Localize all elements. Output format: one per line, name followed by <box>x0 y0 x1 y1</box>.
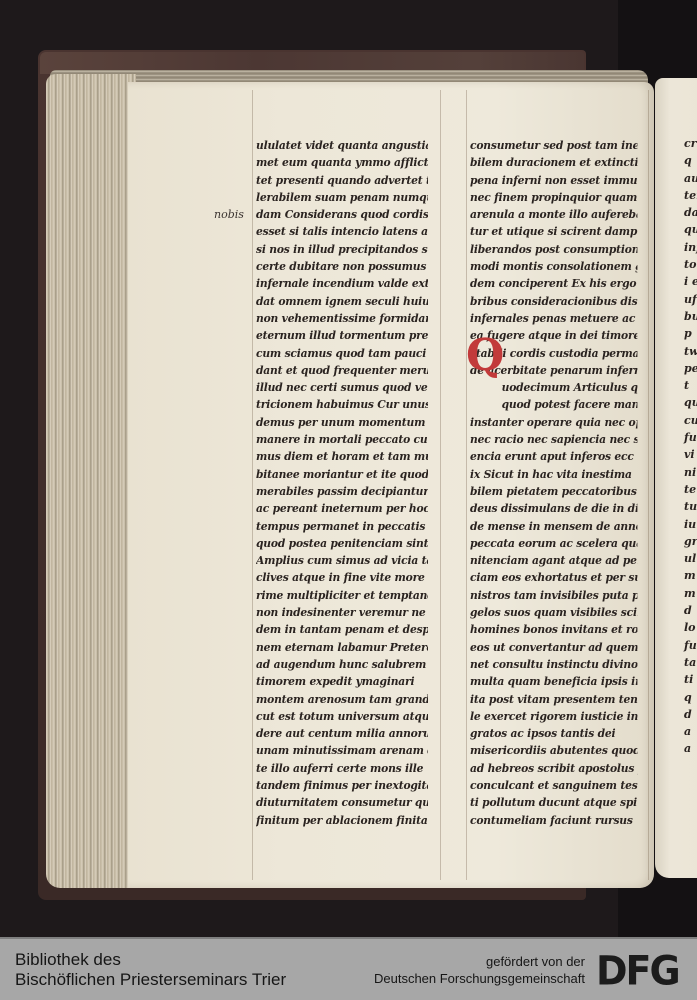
text-line: lerabilem suam penam numquam terminan <box>256 189 428 206</box>
text-line: si nos in illud precipitandos scientes e… <box>256 241 428 258</box>
text-line: nitenciam agant atque ad peniten <box>470 552 637 569</box>
dfg-logo: DFG <box>596 952 679 990</box>
text-line: d <box>684 706 697 723</box>
library-line-1: Bibliothek des <box>15 950 286 970</box>
text-line: nem eternam labamur Preterea <box>256 639 428 656</box>
page-stack-edge <box>46 74 136 888</box>
text-line: ac pereant ineternum per hoc quod ad <box>256 500 428 517</box>
text-line: modi montis consolationem gran <box>470 258 637 275</box>
text-line: multa quam beneficia ipsis impendens <box>470 673 637 690</box>
text-line: nec finem propinquior quam dum prima <box>470 189 637 206</box>
text-line: i e <box>684 273 697 290</box>
text-line: peccata eorum ac scelera quatinus pe <box>470 535 637 552</box>
text-line: q <box>684 689 697 706</box>
text-line: d <box>684 602 697 619</box>
text-line: dant et quod frequenter meruimus <box>256 362 428 379</box>
text-line: contumeliam faciunt rursus <box>470 812 637 829</box>
text-line: dem conciperent Ex his ergo salu <box>470 275 637 292</box>
text-line: clives atque in fine vite more acer <box>256 569 428 586</box>
text-line: lo <box>684 619 697 636</box>
text-line: ad augendum hunc salubrem <box>256 656 428 673</box>
text-line: ululatet videt quanta angustia pre <box>256 137 428 154</box>
text-line: nec racio nec sapiencia nec sci <box>470 431 637 448</box>
text-line: rime multipliciter et temptandi cur <box>256 587 428 604</box>
text-line: misericordiis abutentes quod sicut <box>470 742 637 759</box>
text-line: tandem finimus per inextogitabilem <box>256 777 428 794</box>
text-line: ul <box>684 550 697 567</box>
text-line: cum sciamus quod tam pauci illud eva <box>256 345 428 362</box>
text-line: bribus consideracionibus discimus <box>470 293 637 310</box>
funding-credit: gefördert von der Deutschen Forschungsge… <box>374 953 585 987</box>
text-line: dam Considerans quod cordis quod animi <box>256 206 428 223</box>
text-line: quod postea penitenciam sint acturi <box>256 535 428 552</box>
text-line: au <box>684 170 697 187</box>
text-line: q <box>684 152 697 169</box>
text-line: de mense in mensem de anno in annum <box>470 518 637 535</box>
manuscript-viewer: nobis ululatet videt quanta angustia pre… <box>0 0 697 937</box>
text-line: tet presenti quando advertet tam intol <box>256 172 428 189</box>
text-line: conculcant et sanguinem testamen <box>470 777 637 794</box>
text-line: nistros tam invisibiles puta per an <box>470 587 637 604</box>
text-line: dem in tantam penam et desperatio <box>256 621 428 638</box>
text-line: bilem pietatem peccatoribus exhibi <box>470 483 637 500</box>
text-line: tricionem habuimus Cur unus au <box>256 396 428 413</box>
funding-line-1: gefördert von der <box>374 953 585 970</box>
text-line: liberandos post consumptionem hu <box>470 241 637 258</box>
text-line: diuturnitatem consumetur qui omnes <box>256 794 428 811</box>
text-line: fu <box>684 429 697 446</box>
text-line: bu <box>684 308 697 325</box>
text-line: te illo auferri certe mons ille <box>256 760 428 777</box>
library-credit: Bibliothek des Bischöflichen Priestersem… <box>15 950 286 990</box>
text-line: manere in mortali peccato cum ignore <box>256 431 428 448</box>
text-line: qu <box>684 394 697 411</box>
text-line: finitum per ablacionem finita tandem <box>256 812 428 829</box>
text-line: a <box>684 740 697 757</box>
text-column-right: consumetur sed post tam inestimabilem du… <box>470 137 650 829</box>
ruling-line <box>252 90 253 880</box>
text-line: quod potest facere manus tua <box>470 396 637 413</box>
text-line: m <box>684 585 697 602</box>
text-line: dat omnem ignem seculi huius Cur ergo <box>256 293 428 310</box>
text-line: non indesinenter veremur ne tan <box>256 604 428 621</box>
text-line: pena inferni non esset immutata <box>470 172 637 189</box>
text-line: gratos ac ipsos tantis dei <box>470 725 637 742</box>
text-line: vi <box>684 446 697 463</box>
text-line: p <box>684 325 697 342</box>
text-line: non vehementissime formidamus <box>256 310 428 327</box>
funding-line-2: Deutschen Forschungsgemeinschaft <box>374 970 585 987</box>
text-line: ton <box>684 256 697 273</box>
text-line: t <box>684 377 697 394</box>
text-line: ciam eos exhortatus et per suos mi <box>470 569 637 586</box>
text-line: bitanee moriantur et ite quod inu <box>256 466 428 483</box>
text-line: tempus permanet in peccatis cogitantes <box>256 518 428 535</box>
text-line: ta <box>684 654 697 671</box>
text-line: demus per unum momentum scienter <box>256 414 428 431</box>
text-line: ter <box>684 187 697 204</box>
text-line: gr <box>684 533 697 550</box>
library-line-2: Bischöflichen Priesterseminars Trier <box>15 970 286 990</box>
illuminated-initial: Q <box>466 336 506 376</box>
text-line: iu <box>684 516 697 533</box>
text-line: bilem duracionem et extinctionem <box>470 154 637 171</box>
text-line: te <box>684 481 697 498</box>
text-line: fu <box>684 637 697 654</box>
text-line: da <box>684 204 697 221</box>
text-line: cut est totum universum atque per <box>256 708 428 725</box>
text-line: dere aut centum milia annorum <box>256 725 428 742</box>
text-line: qu <box>684 221 697 238</box>
text-line: timorem expedit ymaginari <box>256 673 428 690</box>
text-line: eternum illud tormentum presertim <box>256 327 428 344</box>
text-line: uf <box>684 291 697 308</box>
text-line: le exercet rigorem iusticie in <box>470 708 637 725</box>
text-line: infernales penas metuere ac <box>470 310 637 327</box>
text-line: ni <box>684 464 697 481</box>
facing-page-text: cruqauterdaquinftoni eufbuptwpetqucufuvi… <box>684 135 697 758</box>
text-line: m <box>684 567 697 584</box>
text-line: arenula a monte illo auferebatur <box>470 206 637 223</box>
text-line: ti <box>684 671 697 688</box>
text-line: ti pollutum ducunt atque spiritui gracie <box>470 794 637 811</box>
text-line: homines bonos invitans et rogans <box>470 621 637 638</box>
text-line: a <box>684 723 697 740</box>
text-line: deus dissimulans de die in diem <box>470 500 637 517</box>
text-line: inf <box>684 239 697 256</box>
text-line: pe <box>684 360 697 377</box>
text-column-left: ululatet videt quanta angustia premet eu… <box>256 137 441 829</box>
text-line: infernale incendium valde exte <box>256 275 428 292</box>
text-line: ita post vitam presentem tenaciter <box>470 691 637 708</box>
text-line: uodecimum Articulus quintus <box>470 379 637 396</box>
text-line: ad hebreos scribit apostolus filium dei <box>470 760 637 777</box>
text-line: esset si talis intencio latens aut <box>256 223 428 240</box>
text-line: gelos suos quam visibiles scilicet <box>470 604 637 621</box>
text-line: tu <box>684 498 697 515</box>
text-line: consumetur sed post tam inestima <box>470 137 637 154</box>
text-line: net consultu instinctu divino <box>470 656 637 673</box>
text-line: certe dubitare non possumus quin <box>256 258 428 275</box>
text-line: tw <box>684 343 697 360</box>
text-line: unam minutissimam arenam de mon <box>256 742 428 759</box>
text-line: cru <box>684 135 697 152</box>
footer-banner: Bibliothek des Bischöflichen Priestersem… <box>0 937 697 1000</box>
text-line: eos ut convertantur ad quem ite omnes <box>470 639 637 656</box>
text-line: ix Sicut in hac vita inestima <box>470 466 637 483</box>
text-line: mus diem et horam et tam multe su <box>256 448 428 465</box>
text-line: illud nec certi sumus quod veram con <box>256 379 428 396</box>
text-line: merabiles passim decipiantur <box>256 483 428 500</box>
text-line: Amplius cum simus ad vicia tam pro <box>256 552 428 569</box>
text-line: montem arenosum tam grandem si <box>256 691 428 708</box>
text-line: encia erunt aput inferos ecc <box>470 448 637 465</box>
text-line: instanter operare quia nec opus <box>470 414 637 431</box>
margin-note: nobis <box>214 208 244 221</box>
text-line: cu <box>684 412 697 429</box>
text-line: tur et utique si scirent dampnati se <box>470 223 637 240</box>
ruling-line <box>466 90 467 880</box>
text-line: met eum quanta ymmo afflictio penet <box>256 154 428 171</box>
